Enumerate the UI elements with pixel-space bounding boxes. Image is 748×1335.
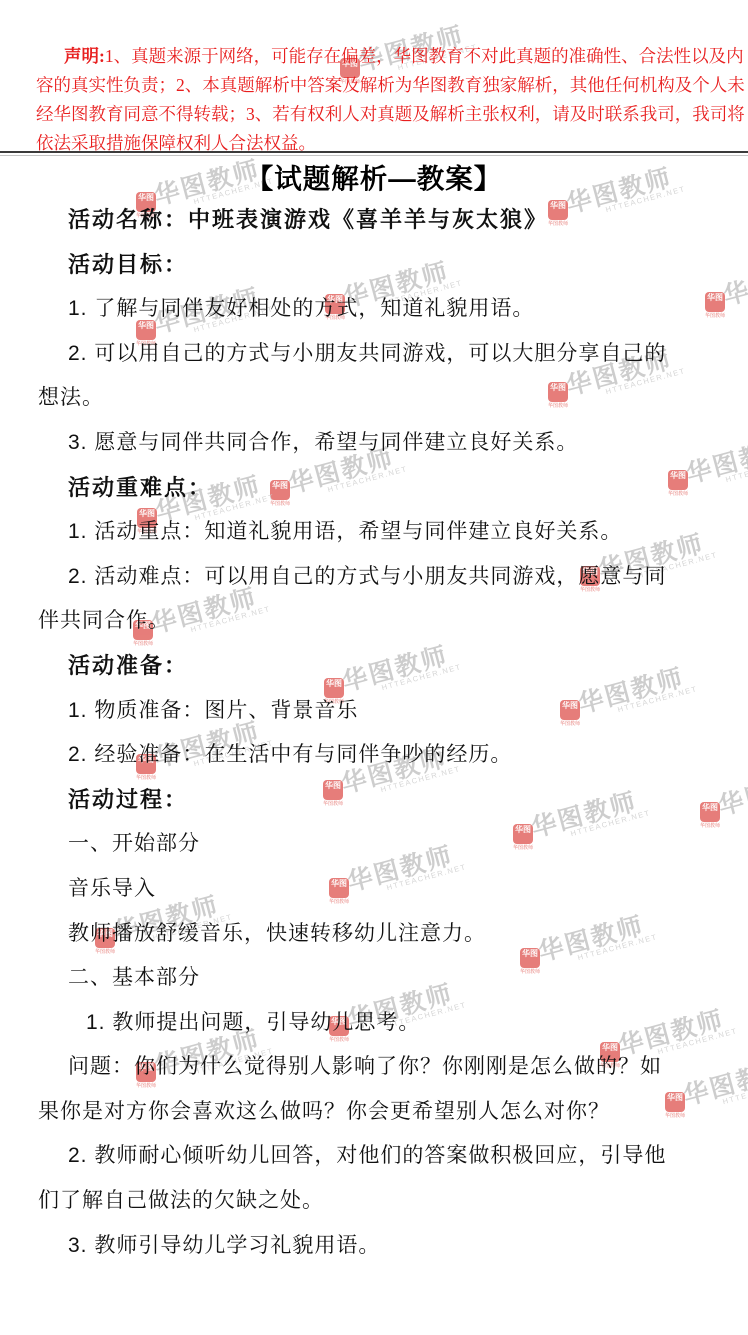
document-page: 华图华图教师华图教师HTTEACHER.NET华图华图教师华图教师HTTEACH…	[0, 0, 748, 1335]
disclaimer-line: 经华图教育同意不得转载；3、若有权利人对真题及解析主张权利，请及时联系我司，我司…	[36, 100, 718, 129]
section-heading: 活动过程：	[38, 778, 718, 823]
body-line: 一、开始部分	[38, 822, 718, 867]
body-line: 2. 教师耐心倾听幼儿回答，对他们的答案做积极回应，引导他	[38, 1134, 718, 1179]
page-title: 【试题解析—教案】	[0, 157, 748, 201]
body-line: 伴共同合作。	[38, 599, 718, 644]
body-line: 3. 教师引导幼儿学习礼貌用语。	[38, 1224, 718, 1269]
disclaimer-line: 声明:1、真题来源于网络，可能存在偏差，华图教育不对此真题的准确性、合法性以及内	[36, 42, 718, 71]
body-line: 二、基本部分	[38, 956, 718, 1001]
section-heading: 活动目标：	[38, 243, 718, 288]
body-line: 1. 物质准备：图片、背景音乐	[38, 689, 718, 734]
body-line: 2. 经验准备：在生活中有与同伴争吵的经历。	[38, 733, 718, 778]
document-content: 声明:1、真题来源于网络，可能存在偏差，华图教育不对此真题的准确性、合法性以及内…	[0, 0, 748, 1335]
section-heading: 活动重难点：	[38, 466, 718, 511]
body-line: 们了解自己做法的欠缺之处。	[38, 1179, 718, 1224]
section-heading: 活动名称：中班表演游戏《喜羊羊与灰太狼》	[38, 198, 718, 243]
section-divider	[0, 151, 748, 156]
body-line: 问题：你们为什么觉得别人影响了你？你刚刚是怎么做的？如	[38, 1045, 718, 1090]
disclaimer: 声明:1、真题来源于网络，可能存在偏差，华图教育不对此真题的准确性、合法性以及内…	[36, 42, 718, 158]
body-line: 1. 教师提出问题，引导幼儿思考。	[38, 1001, 718, 1046]
body-line: 果你是对方你会喜欢这么做吗？你会更希望别人怎么对你？	[38, 1090, 718, 1135]
disclaimer-prefix: 声明:	[64, 46, 105, 66]
body-line: 2. 可以用自己的方式与小朋友共同游戏，可以大胆分享自己的	[38, 332, 718, 377]
document-body: 活动名称：中班表演游戏《喜羊羊与灰太狼》活动目标：1. 了解与同伴友好相处的方式…	[38, 198, 718, 1268]
section-heading: 活动准备：	[38, 644, 718, 689]
body-line: 音乐导入	[38, 867, 718, 912]
body-line: 想法。	[38, 376, 718, 421]
body-line: 2. 活动难点：可以用自己的方式与小朋友共同游戏，愿意与同	[38, 555, 718, 600]
body-line: 教师播放舒缓音乐，快速转移幼儿注意力。	[38, 912, 718, 957]
body-line: 1. 活动重点：知道礼貌用语，希望与同伴建立良好关系。	[38, 510, 718, 555]
body-line: 1. 了解与同伴友好相处的方式，知道礼貌用语。	[38, 287, 718, 332]
disclaimer-line: 容的真实性负责；2、本真题解析中答案及解析为华图教育独家解析，其他任何机构及个人…	[36, 71, 718, 100]
body-line: 3. 愿意与同伴共同合作，希望与同伴建立良好关系。	[38, 421, 718, 466]
